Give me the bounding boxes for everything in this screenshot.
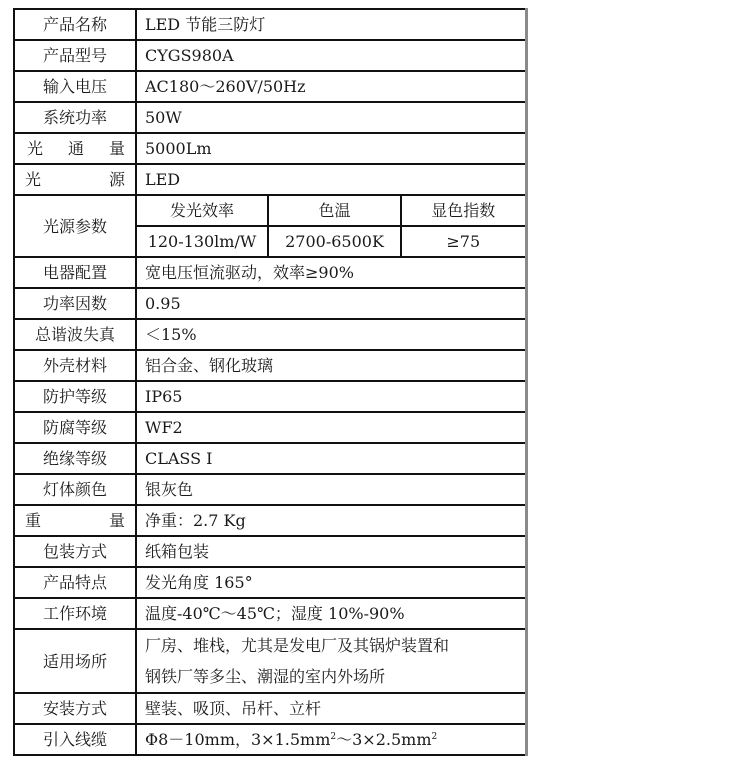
table-row: 防护等级 IP65	[14, 381, 526, 412]
label-char: 量	[109, 134, 125, 163]
row-label: 光源参数	[14, 195, 136, 257]
table-row: 安装方式 壁装、吸顶、吊杆、立杆	[14, 693, 526, 724]
row-label: 工作环境	[14, 598, 136, 629]
row-label: 防腐等级	[14, 412, 136, 443]
label-char: 重	[25, 506, 41, 535]
row-value: 0.95	[136, 288, 526, 319]
row-value: 宽电压恒流驱动，效率≥90%	[136, 257, 526, 288]
table-row: 系统功率 50W	[14, 102, 526, 133]
label-char: 光	[27, 134, 43, 163]
row-value: CLASS Ⅰ	[136, 443, 526, 474]
value-part: Φ8－10mm，3×1.5mm	[145, 730, 330, 749]
table-row: 电器配置 宽电压恒流驱动，效率≥90%	[14, 257, 526, 288]
table-row: 总谐波失真 ＜15%	[14, 319, 526, 350]
row-label: 光 源	[14, 164, 136, 195]
table-row: 适用场所 厂房、堆栈，尤其是发电厂及其锅炉装置和 钢铁厂等多尘、潮湿的室内外场所	[14, 629, 526, 693]
row-label: 适用场所	[14, 629, 136, 693]
row-value: 净重：2.7 Kg	[136, 505, 526, 536]
row-label: 输入电压	[14, 71, 136, 102]
table-row: 灯体颜色 银灰色	[14, 474, 526, 505]
row-label: 光 通 量	[14, 133, 136, 164]
row-value: 50W	[136, 102, 526, 133]
sub-value: 120-130lm/W	[136, 226, 268, 257]
table-row: 包装方式 纸箱包装	[14, 536, 526, 567]
table-row: 光 通 量 5000Lm	[14, 133, 526, 164]
table-row: 绝缘等级 CLASS Ⅰ	[14, 443, 526, 474]
row-value: WF2	[136, 412, 526, 443]
row-label: 灯体颜色	[14, 474, 136, 505]
row-label: 安装方式	[14, 693, 136, 724]
label-char: 源	[109, 165, 125, 194]
row-label: 重 量	[14, 505, 136, 536]
table-row: 产品名称 LED 节能三防灯	[14, 9, 526, 40]
row-label: 引入线缆	[14, 724, 136, 755]
row-value: LED	[136, 164, 526, 195]
row-value: CYGS980A	[136, 40, 526, 71]
row-value: 壁装、吸顶、吊杆、立杆	[136, 693, 526, 724]
row-label: 系统功率	[14, 102, 136, 133]
row-label: 产品特点	[14, 567, 136, 598]
row-value: ＜15%	[136, 319, 526, 350]
value-line: 厂房、堆栈，尤其是发电厂及其锅炉装置和	[145, 630, 525, 661]
table-row: 输入电压 AC180～260V/50Hz	[14, 71, 526, 102]
label-char: 光	[25, 165, 41, 194]
row-label: 外壳材料	[14, 350, 136, 381]
row-value: 厂房、堆栈，尤其是发电厂及其锅炉装置和 钢铁厂等多尘、潮湿的室内外场所	[136, 629, 526, 693]
sub-header: 显色指数	[401, 195, 526, 226]
sub-header: 发光效率	[136, 195, 268, 226]
row-label: 产品名称	[14, 9, 136, 40]
row-label: 总谐波失真	[14, 319, 136, 350]
row-label: 绝缘等级	[14, 443, 136, 474]
row-value: 纸箱包装	[136, 536, 526, 567]
row-value: 银灰色	[136, 474, 526, 505]
row-value: 铝合金、钢化玻璃	[136, 350, 526, 381]
product-spec-table: 产品名称 LED 节能三防灯 产品型号 CYGS980A 输入电压 AC180～…	[13, 8, 528, 756]
label-char: 量	[109, 506, 125, 535]
row-label: 包装方式	[14, 536, 136, 567]
sub-value: ≥75	[401, 226, 526, 257]
row-value: LED 节能三防灯	[136, 9, 526, 40]
table-row: 引入线缆 Φ8－10mm，3×1.5mm2～3×2.5mm2	[14, 724, 526, 755]
table-row: 工作环境 温度-40℃～45℃；湿度 10%-90%	[14, 598, 526, 629]
row-value: Φ8－10mm，3×1.5mm2～3×2.5mm2	[136, 724, 526, 755]
row-value: IP65	[136, 381, 526, 412]
table-row: 产品特点 发光角度 165°	[14, 567, 526, 598]
row-label: 防护等级	[14, 381, 136, 412]
sub-header: 色温	[268, 195, 401, 226]
table-row: 光源参数 发光效率 色温 显色指数	[14, 195, 526, 226]
table-row: 光 源 LED	[14, 164, 526, 195]
value-part: ～3×2.5mm	[336, 730, 431, 749]
row-value: 5000Lm	[136, 133, 526, 164]
row-value: 发光角度 165°	[136, 567, 526, 598]
value-line: 钢铁厂等多尘、潮湿的室内外场所	[145, 661, 525, 692]
table-row: 产品型号 CYGS980A	[14, 40, 526, 71]
row-label: 产品型号	[14, 40, 136, 71]
label-char: 通	[68, 134, 84, 163]
table-row: 重 量 净重：2.7 Kg	[14, 505, 526, 536]
table-row: 外壳材料 铝合金、钢化玻璃	[14, 350, 526, 381]
row-value: 温度-40℃～45℃；湿度 10%-90%	[136, 598, 526, 629]
superscript: 2	[432, 732, 438, 742]
row-label: 电器配置	[14, 257, 136, 288]
row-value: AC180～260V/50Hz	[136, 71, 526, 102]
table-row: 防腐等级 WF2	[14, 412, 526, 443]
sub-value: 2700-6500K	[268, 226, 401, 257]
row-label: 功率因数	[14, 288, 136, 319]
table-row: 功率因数 0.95	[14, 288, 526, 319]
